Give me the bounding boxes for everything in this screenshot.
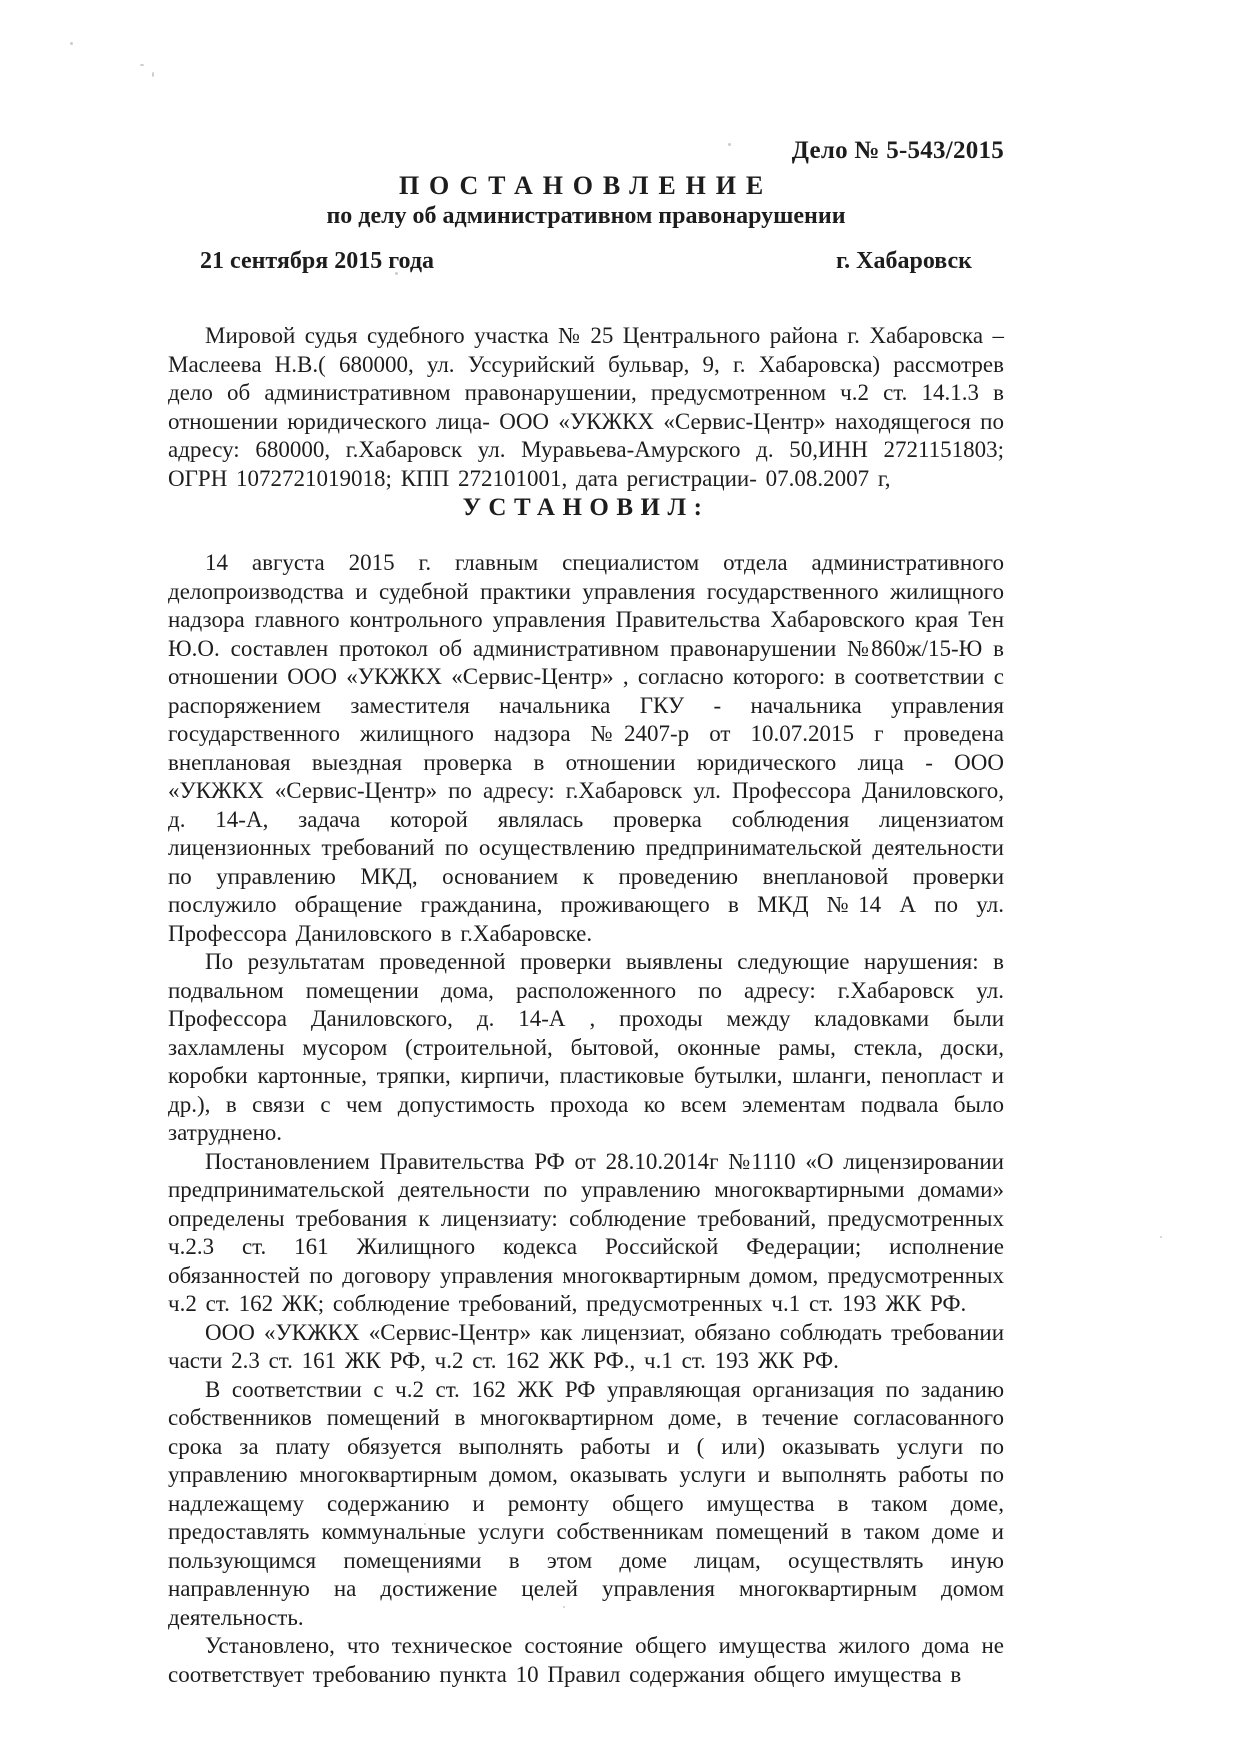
body-paragraph: 14 августа 2015 г. главным специалистом … [168,549,1004,948]
date-city-row: 21 сентября 2015 года г. Хабаровск [168,246,1004,276]
scan-speck [70,42,73,45]
scanned-document-page: Дело № 5-543/2015 ПОСТАНОВЛЕНИЕ по делу … [0,0,1250,1754]
case-number: Дело № 5-543/2015 [168,136,1004,166]
document-date: 21 сентября 2015 года [168,246,434,276]
document-content: Дело № 5-543/2015 ПОСТАНОВЛЕНИЕ по делу … [168,136,1004,1689]
document-subtitle: по делу об административном правонарушен… [168,202,1004,230]
body-paragraph: Постановлением Правительства РФ от 28.10… [168,1148,1004,1319]
document-title: ПОСТАНОВЛЕНИЕ [168,170,1004,202]
body-paragraph: ООО «УКЖКХ «Сервис-Центр» как лицензиат,… [168,1319,1004,1376]
body-paragraph: Установлено, что техническое состояние о… [168,1632,1004,1689]
body-paragraph: В соответствии с ч.2 ст. 162 ЖК РФ управ… [168,1376,1004,1633]
body-paragraph: По результатам проведенной проверки выяв… [168,948,1004,1148]
scan-speck [1160,1236,1162,1238]
scan-speck [152,72,154,77]
resolution-heading: УСТАНОВИЛ: [168,493,1004,523]
document-city: г. Хабаровск [836,246,1004,276]
scan-speck [140,64,144,66]
intro-paragraph: Мировой судья судебного участка № 25 Цен… [168,322,1004,493]
